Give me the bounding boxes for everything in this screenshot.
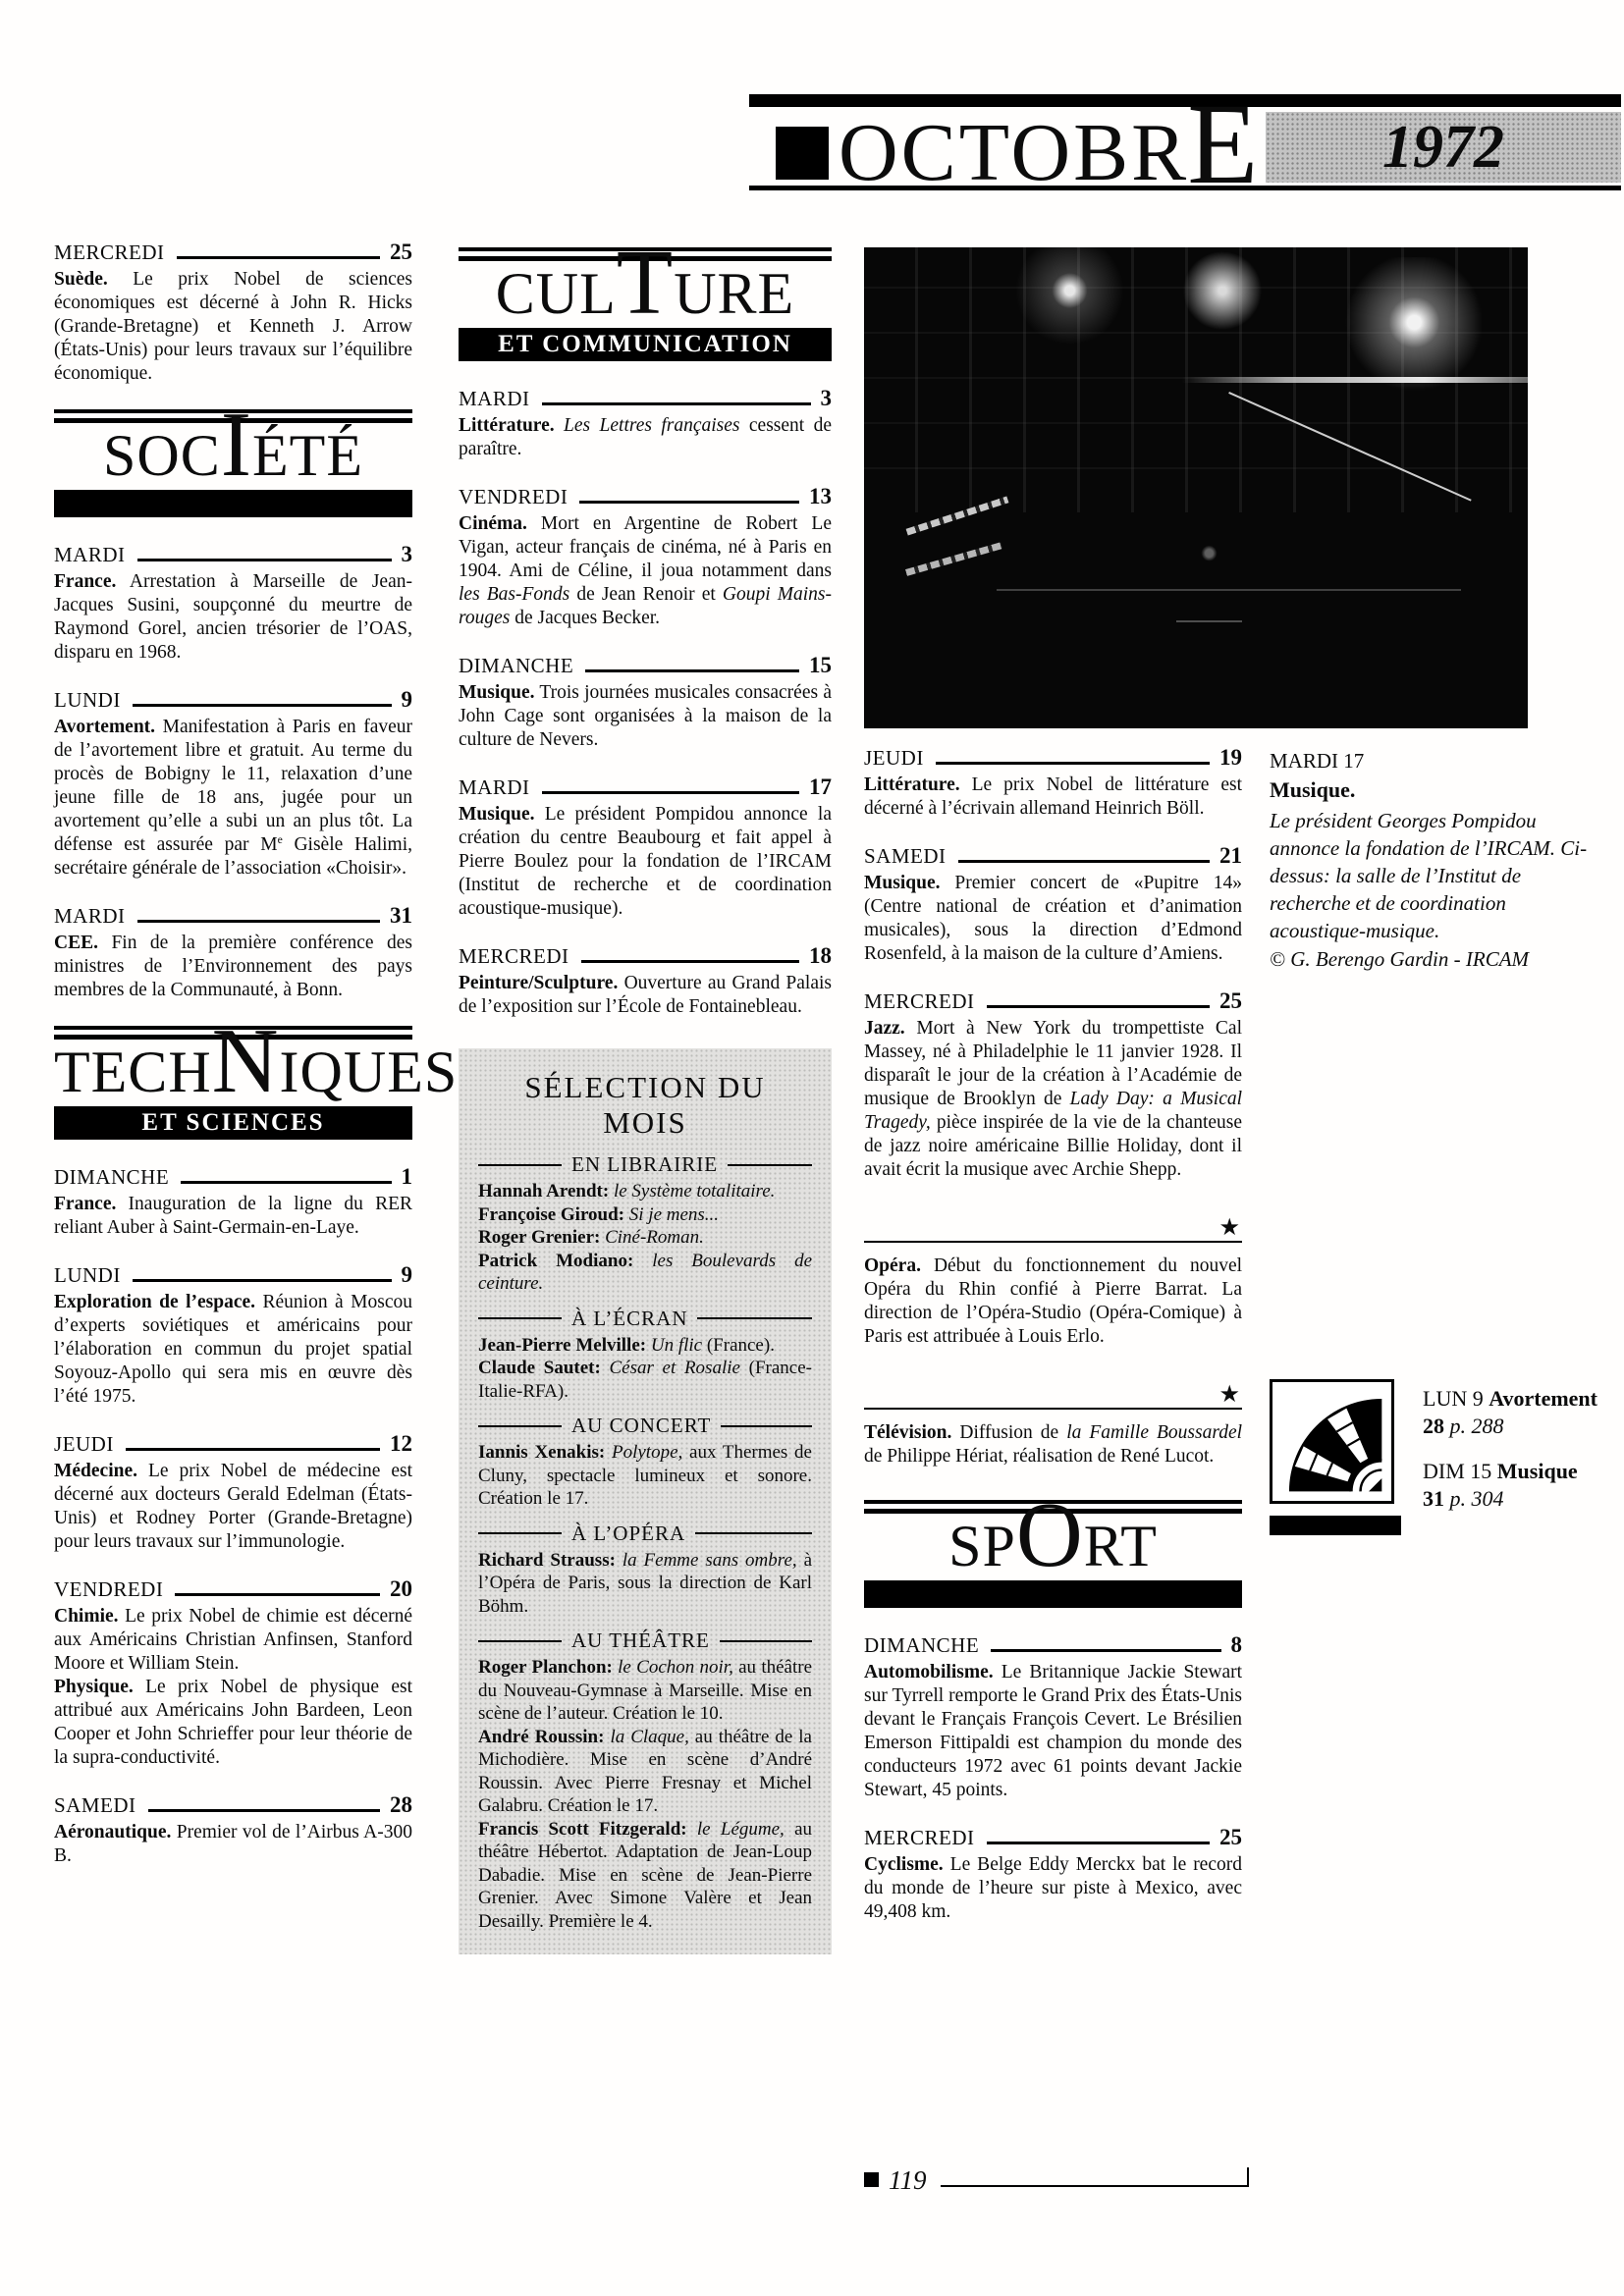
entry-text: Avortement. Manifestation à Paris en fav… <box>54 716 412 881</box>
entry-topic: Automobilisme. <box>864 1662 994 1682</box>
group-label: À L’OPÉRA <box>562 1523 695 1544</box>
event-entry: DIMANCHE 1 France. Inauguration de la li… <box>54 1165 412 1240</box>
selection-item: André Roussin: la Claque, au théâtre de … <box>478 1726 812 1818</box>
work-title: Polytope, <box>612 1442 682 1463</box>
star-icon: ★ <box>1218 1216 1240 1240</box>
column-right: JEUDI 19 Littérature. Le prix Nobel de l… <box>864 746 1242 1948</box>
footer-square-icon <box>864 2172 879 2187</box>
entry-date-number: 19 <box>1219 746 1242 769</box>
author-name: Roger Grenier: <box>478 1227 600 1248</box>
entry-day: MARDI <box>459 389 530 409</box>
event-entry: MERCREDI 25 Jazz. Mort à New York du tro… <box>864 989 1242 1182</box>
entry-day: JEUDI <box>54 1434 114 1455</box>
entry-date-row: LUNDI 9 <box>54 688 412 711</box>
footer-rule <box>941 2165 1250 2187</box>
entry-text: Automobilisme. Le Britannique Jackie Ste… <box>864 1661 1242 1802</box>
event-entry: LUNDI 9 Avortement. Manifestation à Pari… <box>54 688 412 881</box>
event-entry: JEUDI 19 Littérature. Le prix Nobel de l… <box>864 746 1242 821</box>
date-rule <box>148 1809 380 1812</box>
entry-text: France. Inauguration de la ligne du RER … <box>54 1193 412 1240</box>
teaser-black-bar <box>1270 1516 1401 1535</box>
section-title: SOCIÉTÉ <box>54 423 412 488</box>
teaser-topic: Avortement <box>1489 1386 1597 1411</box>
entry-date-number: 20 <box>390 1577 412 1600</box>
masthead-row: OCTOBRE 1972 <box>749 107 1621 190</box>
entry-date-row: MERCREDI 18 <box>459 944 832 967</box>
entry-day: MERCREDI <box>864 991 975 1012</box>
date-rule <box>137 920 380 923</box>
entry-date-number: 21 <box>1219 844 1242 867</box>
selection-item: Roger Grenier: Ciné-Roman. <box>478 1226 812 1250</box>
entry-body: de Jean Renoir et <box>576 584 715 605</box>
event-entry: MARDI 17 Musique. Le président Pompidou … <box>459 775 832 921</box>
entry-date-number: 18 <box>809 944 832 967</box>
entry-text: Chimie. Le prix Nobel de chimie est déce… <box>54 1605 412 1676</box>
selection-item: Claude Sautet: César et Rosalie (France-… <box>478 1357 812 1403</box>
photo-credit: © G. Berengo Gardin - IRCAM <box>1270 947 1594 972</box>
event-entry: VENDREDI 13 Cinéma. Mort en Argentine de… <box>459 485 832 630</box>
selection-item: Roger Planchon: le Cochon noir, au théât… <box>478 1656 812 1726</box>
work-title: la Claque, <box>610 1727 688 1747</box>
section-title-big-letter: I <box>221 394 252 496</box>
selection-item: Richard Strauss: la Femme sans ombre, à … <box>478 1549 812 1619</box>
work-title: le Système totalitaire. <box>614 1181 775 1201</box>
event-entry: SAMEDI 21 Musique. Premier concert de «P… <box>864 844 1242 966</box>
entry-date-number: 12 <box>390 1432 412 1455</box>
entry-topic: CEE. <box>54 933 98 953</box>
teaser-items: LUN 9 Avortement 28 p. 288 DIM 15 Musiqu… <box>1423 1379 1597 1535</box>
selection-item: Jean-Pierre Melville: Un flic (France). <box>478 1334 812 1358</box>
date-rule <box>987 1005 1210 1008</box>
event-entry: SAMEDI 28 Aéronautique. Premier vol de l… <box>54 1793 412 1868</box>
selection-group-label: AU CONCERT <box>478 1415 812 1436</box>
date-rule <box>579 501 799 504</box>
entry-date-number: 3 <box>821 387 833 409</box>
entry-day: DIMANCHE <box>54 1167 169 1188</box>
work-title: Si je mens... <box>629 1204 719 1225</box>
date-rule <box>181 1181 391 1184</box>
author-name: Iannis Xenakis: <box>478 1442 605 1463</box>
entry-date-row: DIMANCHE 15 <box>459 654 832 676</box>
work-title: le Légume, <box>697 1819 785 1840</box>
author-name: Françoise Giroud: <box>478 1204 624 1225</box>
event-entry: MARDI 31 CEE. Fin de la première confére… <box>54 904 412 1002</box>
event-entry: DIMANCHE 8 Automobilisme. Le Britannique… <box>864 1633 1242 1802</box>
section-title: TECHNIQUES <box>54 1040 412 1104</box>
fan-icon <box>1270 1379 1394 1504</box>
star-rule: ★ <box>864 1384 1242 1410</box>
event-entry: Télévision. Diffusion de la Famille Bous… <box>864 1421 1242 1468</box>
entry-text: Littérature. Le prix Nobel de littératur… <box>864 774 1242 821</box>
entry-topic: Avortement. <box>54 717 155 737</box>
entry-day: MARDI <box>54 545 126 565</box>
footer-end-tick <box>1247 2167 1249 2185</box>
date-rule <box>585 669 799 672</box>
event-entry: MERCREDI 18 Peinture/Sculpture. Ouvertur… <box>459 944 832 1019</box>
almanac-page: OCTOBRE 1972 MERCREDI 25 Suède. Le prix … <box>0 0 1624 2296</box>
entry-date-number: 13 <box>809 485 832 507</box>
work-title: Un flic <box>651 1335 702 1356</box>
section-header-societe: SOCIÉTÉ <box>54 409 412 517</box>
page-footer: 119 <box>864 2165 1249 2194</box>
section-header-culture: CULTURE ET COMMUNICATION <box>459 247 832 361</box>
group-rule <box>720 1640 812 1642</box>
date-rule <box>175 1593 380 1596</box>
event-entry: LUNDI 9 Exploration de l’espace. Réunion… <box>54 1263 412 1409</box>
event-entry: Opéra. Début du fonctionnement du nouvel… <box>864 1255 1242 1349</box>
date-rule <box>581 960 799 963</box>
section-title: SPORT <box>864 1514 1242 1578</box>
date-rule <box>177 256 380 259</box>
entry-topic: Cinéma. <box>459 513 527 534</box>
entry-day: DIMANCHE <box>864 1635 979 1656</box>
section-title-big-letter: N <box>212 1010 280 1112</box>
event-entry: MERCREDI 25 Cyclisme. Le Belge Eddy Merc… <box>864 1826 1242 1924</box>
entry-date-row: MERCREDI 25 <box>864 1826 1242 1848</box>
entry-date-row: VENDREDI 13 <box>459 485 832 507</box>
date-rule <box>137 559 392 561</box>
entry-day: MERCREDI <box>459 946 569 967</box>
author-name: Jean-Pierre Melville: <box>478 1335 646 1356</box>
section-title-big-letter: O <box>1016 1484 1084 1586</box>
teaser-page-ref: 31 p. 304 <box>1423 1485 1597 1513</box>
group-label: EN LIBRAIRIE <box>562 1154 728 1175</box>
entry-day: MARDI <box>54 906 126 927</box>
teaser-date-number: 31 <box>1423 1486 1444 1511</box>
entry-date-row: VENDREDI 20 <box>54 1577 412 1600</box>
photo-spotlight <box>1275 257 1528 421</box>
photo-light-band <box>1182 377 1528 383</box>
group-label: AU THÉÂTRE <box>562 1630 720 1651</box>
entry-topic: Musique. <box>459 804 534 825</box>
group-rule <box>478 1425 562 1427</box>
teaser-topic: Musique <box>1497 1459 1578 1483</box>
month-title: OCTOBR <box>839 121 1189 186</box>
author-name: Patrick Modiano: <box>478 1251 633 1271</box>
entry-date-number: 25 <box>1219 989 1242 1012</box>
masthead: OCTOBRE 1972 <box>749 94 1621 190</box>
entry-day: MARDI <box>459 777 530 798</box>
entry-date-row: SAMEDI 28 <box>54 1793 412 1816</box>
entry-date-number: 15 <box>809 654 832 676</box>
entry-topic: Musique. <box>864 873 940 893</box>
star-icon: ★ <box>1218 1383 1240 1407</box>
teaser-day: DIM 15 <box>1423 1459 1491 1483</box>
author-name: Francis Scott Fitzgerald: <box>478 1819 687 1840</box>
entry-text: France. Arrestation à Marseille de Jean-… <box>54 570 412 665</box>
entry-text: Suède. Le prix Nobel de sciences économi… <box>54 268 412 386</box>
section-title-part: CUL <box>496 261 617 326</box>
group-rule <box>478 1317 562 1319</box>
entry-topic: Médecine. <box>54 1461 137 1481</box>
entry-date-number: 9 <box>402 688 413 711</box>
selection-item: Iannis Xenakis: Polytope, aux Thermes de… <box>478 1441 812 1511</box>
selection-item: Francis Scott Fitzgerald: le Légume, au … <box>478 1818 812 1934</box>
photo-caption: MARDI 17 Musique. Le président Georges P… <box>1270 749 1594 972</box>
photo-spotlight <box>984 247 1157 353</box>
entry-date-row: MERCREDI 25 <box>54 240 412 263</box>
entry-topic: Cyclisme. <box>864 1854 944 1875</box>
group-rule <box>478 1532 562 1534</box>
teaser-date-number: 28 <box>1423 1414 1444 1438</box>
entry-text: Littérature. Les Lettres françaises cess… <box>459 414 832 461</box>
group-label: À L’ÉCRAN <box>562 1308 697 1329</box>
entry-date-row: MARDI 31 <box>54 904 412 927</box>
entry-text: Exploration de l’espace. Réunion à Mosco… <box>54 1291 412 1409</box>
entry-date-row: MARDI 3 <box>54 543 412 565</box>
entry-work-title: Les Lettres françaises <box>564 415 739 436</box>
entry-date-row: JEUDI 12 <box>54 1432 412 1455</box>
entry-topic: Exploration de l’espace. <box>54 1292 255 1312</box>
entry-date-row: DIMANCHE 8 <box>864 1633 1242 1656</box>
entry-topic: Physique. <box>54 1677 134 1697</box>
selection-title: SÉLECTION DU MOIS <box>478 1070 812 1141</box>
selection-group-label: AU THÉÂTRE <box>478 1630 812 1651</box>
entry-date-row: SAMEDI 21 <box>864 844 1242 867</box>
entry-body: Début du fonctionnement du nouvel Opéra … <box>864 1255 1242 1347</box>
entry-work-title: la Famille Boussardel <box>1066 1422 1242 1443</box>
group-rule <box>478 1640 562 1642</box>
date-rule <box>126 1448 380 1451</box>
item-note: (France). <box>702 1335 775 1356</box>
section-title-part: URE <box>674 261 794 326</box>
teaser-event: DIM 15 Musique <box>1423 1458 1597 1485</box>
masthead-top-bar <box>749 94 1621 107</box>
event-entry: MARDI 3 France. Arrestation à Marseille … <box>54 543 412 665</box>
group-rule <box>697 1317 812 1319</box>
section-title-part: TECH <box>54 1040 212 1104</box>
year-badge: 1972 <box>1266 112 1621 183</box>
entry-work-title: les Bas-Fonds <box>459 584 569 605</box>
entry-date-number: 9 <box>402 1263 413 1286</box>
page-number: 119 <box>889 2167 927 2194</box>
caption-text: Le président Georges Pompidou annonce la… <box>1270 807 1594 944</box>
author-name: Hannah Arendt: <box>478 1181 609 1201</box>
work-title: la Femme sans ombre, <box>623 1550 797 1571</box>
entry-date-number: 17 <box>809 775 832 798</box>
photo-streak <box>905 542 1002 576</box>
section-title-part: SOC <box>103 423 221 488</box>
entry-topic: Aéronautique. <box>54 1822 171 1842</box>
entry-topic: Opéra. <box>864 1255 921 1276</box>
entry-text: Physique. Le prix Nobel de physique est … <box>54 1676 412 1770</box>
work-title: le Cochon noir, <box>618 1657 733 1678</box>
entry-date-number: 31 <box>390 904 412 927</box>
teaser-icon-block <box>1270 1379 1401 1535</box>
group-rule <box>695 1532 812 1534</box>
section-title: CULTURE <box>459 261 832 326</box>
entry-topic: France. <box>54 571 116 592</box>
entry-topic: Peinture/Sculpture. <box>459 973 618 993</box>
section-bar: ET SCIENCES <box>54 1106 412 1140</box>
entry-text: Cyclisme. Le Belge Eddy Merckx bat le re… <box>864 1853 1242 1924</box>
entry-topic: Suède. <box>54 269 108 290</box>
caption-day: MARDI 17 <box>1270 749 1594 774</box>
section-header-sport: SPORT <box>864 1500 1242 1608</box>
group-rule <box>721 1425 812 1427</box>
selection-du-mois-box: SÉLECTION DU MOIS EN LIBRAIRIE Hannah Ar… <box>459 1048 832 1954</box>
entry-date-row: MERCREDI 25 <box>864 989 1242 1012</box>
teaser-item: LUN 9 Avortement 28 p. 288 <box>1423 1385 1597 1440</box>
entry-body: Diffusion de <box>959 1422 1058 1443</box>
author-name: Richard Strauss: <box>478 1550 616 1571</box>
entry-text: Aéronautique. Premier vol de l’Airbus A-… <box>54 1821 412 1868</box>
entry-day: VENDREDI <box>54 1579 163 1600</box>
entry-body: Fin de la première conférence des minist… <box>54 933 412 1000</box>
entry-text: Musique. Le président Pompidou annonce l… <box>459 803 832 921</box>
work-title: Ciné-Roman. <box>605 1227 704 1248</box>
entry-body: de Philippe Hériat, réalisation de René … <box>864 1446 1214 1467</box>
entry-text: Cinéma. Mort en Argentine de Robert Le V… <box>459 512 832 630</box>
group-rule <box>478 1164 562 1166</box>
section-title-part: ÉTÉ <box>252 423 363 488</box>
group-label: AU CONCERT <box>562 1415 721 1436</box>
photo-music-stand <box>1176 536 1243 622</box>
entry-topic: Télévision. <box>864 1422 951 1443</box>
teaser-day: LUN 9 <box>1423 1386 1484 1411</box>
entry-date-number: 1 <box>402 1165 413 1188</box>
section-title-part: RT <box>1084 1514 1158 1578</box>
section-title-part: IQUES <box>280 1040 459 1104</box>
group-rule <box>728 1164 812 1166</box>
entry-text: Médecine. Le prix Nobel de médecine est … <box>54 1460 412 1554</box>
entry-date-number: 28 <box>390 1793 412 1816</box>
teaser-page-ref: 28 p. 288 <box>1423 1413 1597 1440</box>
date-rule <box>133 704 392 707</box>
section-title-part: SP <box>948 1514 1016 1578</box>
column-middle: CULTURE ET COMMUNICATION MARDI 3 Littéra… <box>459 247 832 1954</box>
entry-date-row: JEUDI 19 <box>864 746 1242 769</box>
entry-date-row: MARDI 17 <box>459 775 832 798</box>
author-name: Roger Planchon: <box>478 1657 613 1678</box>
teaser-page: p. 288 <box>1450 1414 1504 1438</box>
section-title-big-letter: T <box>617 232 674 334</box>
photo-spotlight <box>1156 247 1288 344</box>
date-rule <box>958 860 1210 863</box>
date-rule <box>987 1842 1210 1844</box>
entry-text: Musique. Trois journées musicales consac… <box>459 681 832 752</box>
cross-reference-box: LUN 9 Avortement 28 p. 288 DIM 15 Musiqu… <box>1270 1379 1623 1535</box>
selection-group-label: À L’ÉCRAN <box>478 1308 812 1329</box>
selection-group-label: EN LIBRAIRIE <box>478 1154 812 1175</box>
entry-day: LUNDI <box>54 690 121 711</box>
entry-day: LUNDI <box>54 1265 121 1286</box>
entry-date-number: 3 <box>402 543 413 565</box>
entry-day: VENDREDI <box>459 487 568 507</box>
entry-text: Musique. Premier concert de «Pupitre 14»… <box>864 872 1242 966</box>
date-rule <box>936 762 1210 765</box>
work-title: César et Rosalie <box>609 1358 739 1378</box>
event-entry: DIMANCHE 15 Musique. Trois journées musi… <box>459 654 832 752</box>
entry-topic: Jazz. <box>864 1018 905 1039</box>
entry-text: Télévision. Diffusion de la Famille Bous… <box>864 1421 1242 1468</box>
teaser-event: LUN 9 Avortement <box>1423 1385 1597 1413</box>
selection-item: Hannah Arendt: le Système totalitaire. <box>478 1180 812 1203</box>
entry-topic: Chimie. <box>54 1606 119 1627</box>
date-rule <box>991 1649 1220 1652</box>
date-rule <box>542 402 811 405</box>
entry-date-row: LUNDI 9 <box>54 1263 412 1286</box>
entry-body: Le Britannique Jackie Stewart sur Tyrrel… <box>864 1662 1242 1800</box>
date-rule <box>133 1279 392 1282</box>
event-entry: VENDREDI 20 Chimie. Le prix Nobel de chi… <box>54 1577 412 1770</box>
entry-day: MERCREDI <box>864 1828 975 1848</box>
entry-body: de Jacques Becker. <box>514 608 660 628</box>
star-rule: ★ <box>864 1217 1242 1243</box>
entry-topic: France. <box>54 1194 116 1214</box>
photo-ircam-hall <box>864 247 1528 728</box>
event-entry: JEUDI 12 Médecine. Le prix Nobel de méde… <box>54 1432 412 1554</box>
entry-day: MERCREDI <box>54 242 165 263</box>
entry-date-row: DIMANCHE 1 <box>54 1165 412 1188</box>
event-entry: MARDI 3 Littérature. Les Lettres françai… <box>459 387 832 461</box>
black-square-icon <box>776 127 829 180</box>
column-left: MERCREDI 25 Suède. Le prix Nobel de scie… <box>54 240 412 1892</box>
selection-item: Françoise Giroud: Si je mens... <box>478 1203 812 1227</box>
entry-text: Peinture/Sculpture. Ouverture au Grand P… <box>459 972 832 1019</box>
selection-item: Patrick Modiano: les Boulevards de ceint… <box>478 1250 812 1296</box>
entry-date-number: 8 <box>1231 1633 1243 1656</box>
author-name: André Roussin: <box>478 1727 604 1747</box>
author-name: Claude Sautet: <box>478 1358 601 1378</box>
entry-text: Jazz. Mort à New York du trompettiste Ca… <box>864 1017 1242 1182</box>
teaser-page: p. 304 <box>1450 1486 1504 1511</box>
entry-date-row: MARDI 3 <box>459 387 832 409</box>
event-entry: MERCREDI 25 Suède. Le prix Nobel de scie… <box>54 240 412 386</box>
entry-date-number: 25 <box>390 240 412 263</box>
entry-topic: Littérature. <box>459 415 555 436</box>
entry-topic: Musique. <box>459 682 534 703</box>
section-bar: ET COMMUNICATION <box>459 328 832 361</box>
entry-text: Opéra. Début du fonctionnement du nouvel… <box>864 1255 1242 1349</box>
entry-body: Le prix Nobel de sciences économiques es… <box>54 269 412 384</box>
entry-text: CEE. Fin de la première conférence des m… <box>54 932 412 1002</box>
entry-date-number: 25 <box>1219 1826 1242 1848</box>
entry-day: SAMEDI <box>864 846 947 867</box>
teaser-item: DIM 15 Musique 31 p. 304 <box>1423 1458 1597 1513</box>
caption-topic: Musique. <box>1270 777 1594 803</box>
entry-topic: Littérature. <box>864 774 960 795</box>
selection-group-label: À L’OPÉRA <box>478 1523 812 1544</box>
date-rule <box>542 791 799 794</box>
entry-day: JEUDI <box>864 748 924 769</box>
section-header-techniques: TECHNIQUES ET SCIENCES <box>54 1026 412 1140</box>
entry-day: DIMANCHE <box>459 656 573 676</box>
entry-day: SAMEDI <box>54 1795 136 1816</box>
month-title-capital: E <box>1187 104 1258 186</box>
